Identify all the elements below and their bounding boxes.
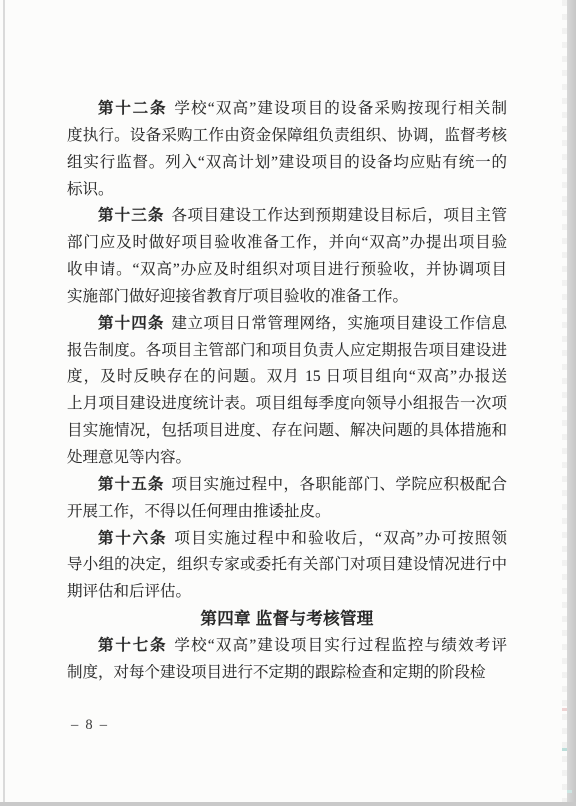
text-line: 第十二条学校“双高”建设项目的设备采购按现行相关制 xyxy=(67,96,507,123)
text-run: 各项目建设工作达到预期建设目标后，项目主管 xyxy=(171,207,507,224)
text-line: 导小组的决定，组织专家或委托有关部门对项目建设情况进行中 xyxy=(67,552,507,579)
text-run: 学校“双高”建设项目实行过程监控与绩效考评 xyxy=(174,637,507,654)
text-line: 开展工作，不得以任何理由推诿扯皮。 xyxy=(67,499,507,526)
text-line: 第十七条学校“双高”建设项目实行过程监控与绩效考评 xyxy=(67,633,507,660)
article-13: 第十三条各项目建设工作达到预期建设目标后，项目主管 部门应及时做好项目验收准备工… xyxy=(67,203,507,310)
text-line: 部门应及时做好项目验收准备工作，并向“双高”办提出项目验 xyxy=(67,230,507,257)
article-17: 第十七条学校“双高”建设项目实行过程监控与绩效考评 制度，对每个建设项目进行不定… xyxy=(67,633,507,687)
text-run: 项目实施过程中，各职能部门、学院应积极配合 xyxy=(171,476,507,493)
text-line: 收申请。“双高”办应及时组织对项目进行预验收，并协调项目 xyxy=(67,257,507,284)
text-line: 第十五条项目实施过程中，各职能部门、学院应积极配合 xyxy=(67,472,507,499)
article-number: 第十四条 xyxy=(98,315,165,332)
article-number: 第十五条 xyxy=(98,476,165,493)
text-line: 标识。 xyxy=(67,177,507,204)
article-number: 第十二条 xyxy=(98,100,167,117)
article-number: 第十六条 xyxy=(98,530,167,547)
text-run: 项目实施过程中和验收后，“双高”办可按照领 xyxy=(174,530,507,547)
text-line: 目实施情况，包括项目进度、存在问题、解决问题的具体措施和 xyxy=(67,418,507,445)
text-line: 第十三条各项目建设工作达到预期建设目标后，项目主管 xyxy=(67,203,507,230)
scanned-document-page: 第十二条学校“双高”建设项目的设备采购按现行相关制 度执行。设备采购工作由资金保… xyxy=(0,0,576,806)
article-14: 第十四条建立项目日常管理网络，实施项目建设工作信息 报告制度。各项目主管部门和项… xyxy=(67,311,507,472)
text-line: 组实行监督。列入“双高计划”建设项目的设备均应贴有统一的 xyxy=(67,150,507,177)
article-number: 第十三条 xyxy=(98,207,165,224)
document-body: 第十二条学校“双高”建设项目的设备采购按现行相关制 度执行。设备采购工作由资金保… xyxy=(67,96,507,687)
text-line: 期评估和后评估。 xyxy=(67,579,507,606)
text-line: 报告制度。各项目主管部门和项目负责人应定期报告项目建设进 xyxy=(67,338,507,365)
chapter-heading: 第四章 监督与考核管理 xyxy=(67,606,507,633)
article-15: 第十五条项目实施过程中，各职能部门、学院应积极配合 开展工作，不得以任何理由推诿… xyxy=(67,472,507,526)
scanner-background-bottom xyxy=(0,802,576,806)
text-run: 学校“双高”建设项目的设备采购按现行相关制 xyxy=(174,100,507,117)
article-number: 第十七条 xyxy=(98,637,167,654)
text-run: 建立项目日常管理网络，实施项目建设工作信息 xyxy=(171,315,507,332)
text-line: 实施部门做好迎接省教育厅项目验收的准备工作。 xyxy=(67,284,507,311)
text-line: 上月项目建设进度统计表。项目组每季度向领导小组报告一次项 xyxy=(67,391,507,418)
text-line: 第十六条项目实施过程中和验收后，“双高”办可按照领 xyxy=(67,526,507,553)
text-line: 制度，对每个建设项目进行不定期的跟踪检查和定期的阶段检 xyxy=(67,660,507,687)
scan-color-speck xyxy=(567,790,572,793)
scan-edge-left-line xyxy=(3,0,5,806)
scanner-background-right xyxy=(567,0,576,806)
text-line: 度，及时反映存在的问题。双月 15 日项目组向“双高”办报送 xyxy=(67,364,507,391)
text-line: 度执行。设备采购工作由资金保障组负责组织、协调，监督考核 xyxy=(67,123,507,150)
text-line: 第十四条建立项目日常管理网络，实施项目建设工作信息 xyxy=(67,311,507,338)
page-number: – 8 – xyxy=(71,717,109,734)
article-16: 第十六条项目实施过程中和验收后，“双高”办可按照领 导小组的决定，组织专家或委托… xyxy=(67,526,507,607)
article-12: 第十二条学校“双高”建设项目的设备采购按现行相关制 度执行。设备采购工作由资金保… xyxy=(67,96,507,203)
text-line: 处理意见等内容。 xyxy=(67,445,507,472)
